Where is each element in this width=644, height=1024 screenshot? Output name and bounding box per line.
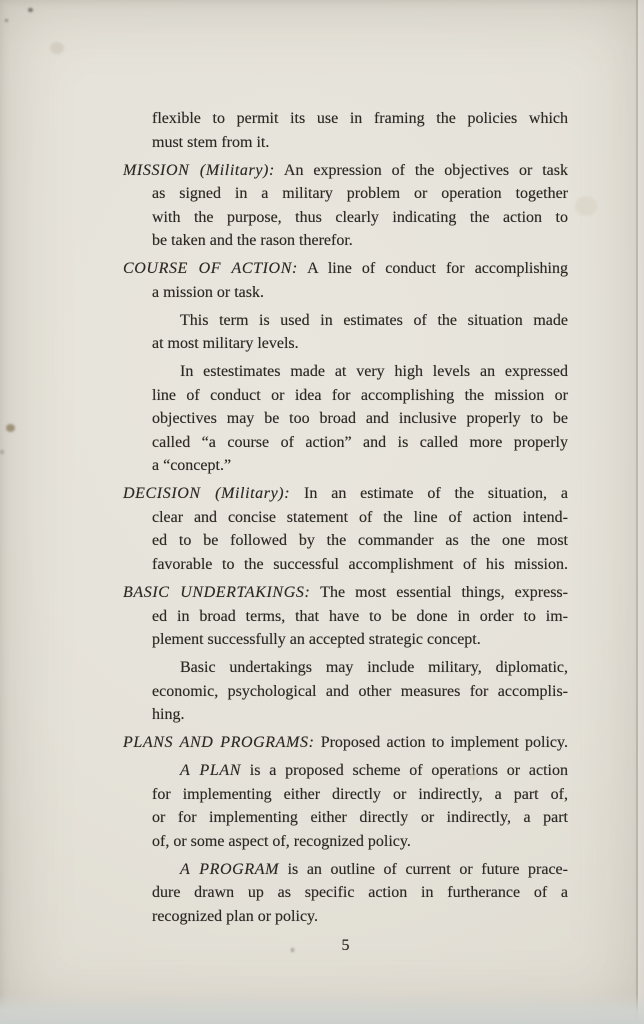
page-edge-crease: [636, 0, 638, 1024]
paper-stain: [6, 424, 15, 432]
page-text: flexible to permit its use in framing th…: [123, 107, 568, 928]
page-bottom-edge: [0, 994, 644, 1024]
definition-decision: DECISION (Military): In an estimate of t…: [123, 482, 568, 576]
paragraph-a-plan: A PLAN is a proposed scheme of operation…: [123, 759, 568, 853]
term-label: A PLAN: [180, 762, 241, 779]
text-line: objectives may be too broad and inclusiv…: [123, 407, 568, 431]
definition-plans-and-programs: PLANS AND PROGRAMS: Proposed action to i…: [123, 731, 568, 755]
text-line: In estestimates made at very high levels…: [123, 360, 568, 384]
term-label: MISSION (Military):: [123, 162, 275, 179]
paper-stain: [50, 42, 64, 54]
text-line: MISSION (Military): An expression of the…: [123, 159, 568, 183]
paper-stain: [28, 8, 33, 12]
paper-stain: [291, 948, 294, 952]
text-line: clear and concise statement of the line …: [123, 506, 568, 530]
definition-course-of-action: COURSE OF ACTION: A line of conduct for …: [123, 257, 568, 304]
term-label: PLANS AND PROGRAMS:: [123, 734, 315, 751]
text-line: be taken and the rason therefor.: [123, 229, 568, 253]
text-line: A PLAN is a proposed scheme of operation…: [123, 759, 568, 783]
text-line: ed in broad terms, that have to be done …: [123, 605, 568, 629]
text-line: with the purpose, thus clearly indicatin…: [123, 206, 568, 230]
paper-stain: [466, 770, 478, 780]
paper-stain: [575, 196, 597, 216]
text-line: dure drawn up as specific action in furt…: [123, 881, 568, 905]
text-line: at most military levels.: [123, 332, 568, 356]
text-line: COURSE OF ACTION: A line of conduct for …: [123, 257, 568, 281]
term-label: A PROGRAM: [180, 861, 279, 878]
text-line: recognized plan or policy.: [123, 905, 568, 929]
text-line: economic, psychological and other measur…: [123, 680, 568, 704]
paragraph-basic-note: Basic undertakings may include military,…: [123, 656, 568, 727]
text-line: flexible to permit its use in framing th…: [123, 107, 568, 131]
text-line: or for implementing either directly or i…: [123, 806, 568, 830]
text-line: A PROGRAM is an outline of current or fu…: [123, 858, 568, 882]
definition-basic-undertakings: BASIC UNDERTAKINGS: The most essential t…: [123, 581, 568, 652]
paper-stain: [0, 450, 4, 454]
paragraph-course-note-2: In estestimates made at very high levels…: [123, 360, 568, 478]
page-number: 5: [123, 934, 568, 958]
text-line: Basic undertakings may include military,…: [123, 656, 568, 680]
definition-mission: MISSION (Military): An expression of the…: [123, 159, 568, 253]
text-line: for implementing either directly or indi…: [123, 783, 568, 807]
text-line: BASIC UNDERTAKINGS: The most essential t…: [123, 581, 568, 605]
paper-stain: [5, 19, 8, 22]
text-line: called “a course of action” and is calle…: [123, 431, 568, 455]
text-line: PLANS AND PROGRAMS: Proposed action to i…: [123, 731, 568, 755]
text-line: of, or some aspect of, recognized policy…: [123, 830, 568, 854]
paragraph-continuation: flexible to permit its use in framing th…: [123, 107, 568, 154]
term-label: BASIC UNDERTAKINGS:: [123, 584, 310, 601]
text-line: DECISION (Military): In an estimate of t…: [123, 482, 568, 506]
text-line: favorable to the successful accomplishme…: [123, 553, 568, 577]
text-line: as signed in a military problem or opera…: [123, 182, 568, 206]
term-label: DECISION (Military):: [123, 485, 290, 502]
paragraph-a-program: A PROGRAM is an outline of current or fu…: [123, 858, 568, 929]
paragraph-course-note-1: This term is used in estimates of the si…: [123, 309, 568, 356]
term-label: COURSE OF ACTION:: [123, 260, 298, 277]
page-edge-highlight: [638, 0, 644, 1024]
text-line: must stem from it.: [123, 131, 568, 155]
text-line: a “concept.”: [123, 454, 568, 478]
text-line: This term is used in estimates of the si…: [123, 309, 568, 333]
text-line: line of conduct or idea for accomplishin…: [123, 384, 568, 408]
text-line: plement successfully an accepted strateg…: [123, 628, 568, 652]
text-line: a mission or task.: [123, 281, 568, 305]
text-line: ed to be followed by the commander as th…: [123, 529, 568, 553]
text-line: hing.: [123, 703, 568, 727]
scanned-page: flexible to permit its use in framing th…: [0, 0, 644, 1024]
